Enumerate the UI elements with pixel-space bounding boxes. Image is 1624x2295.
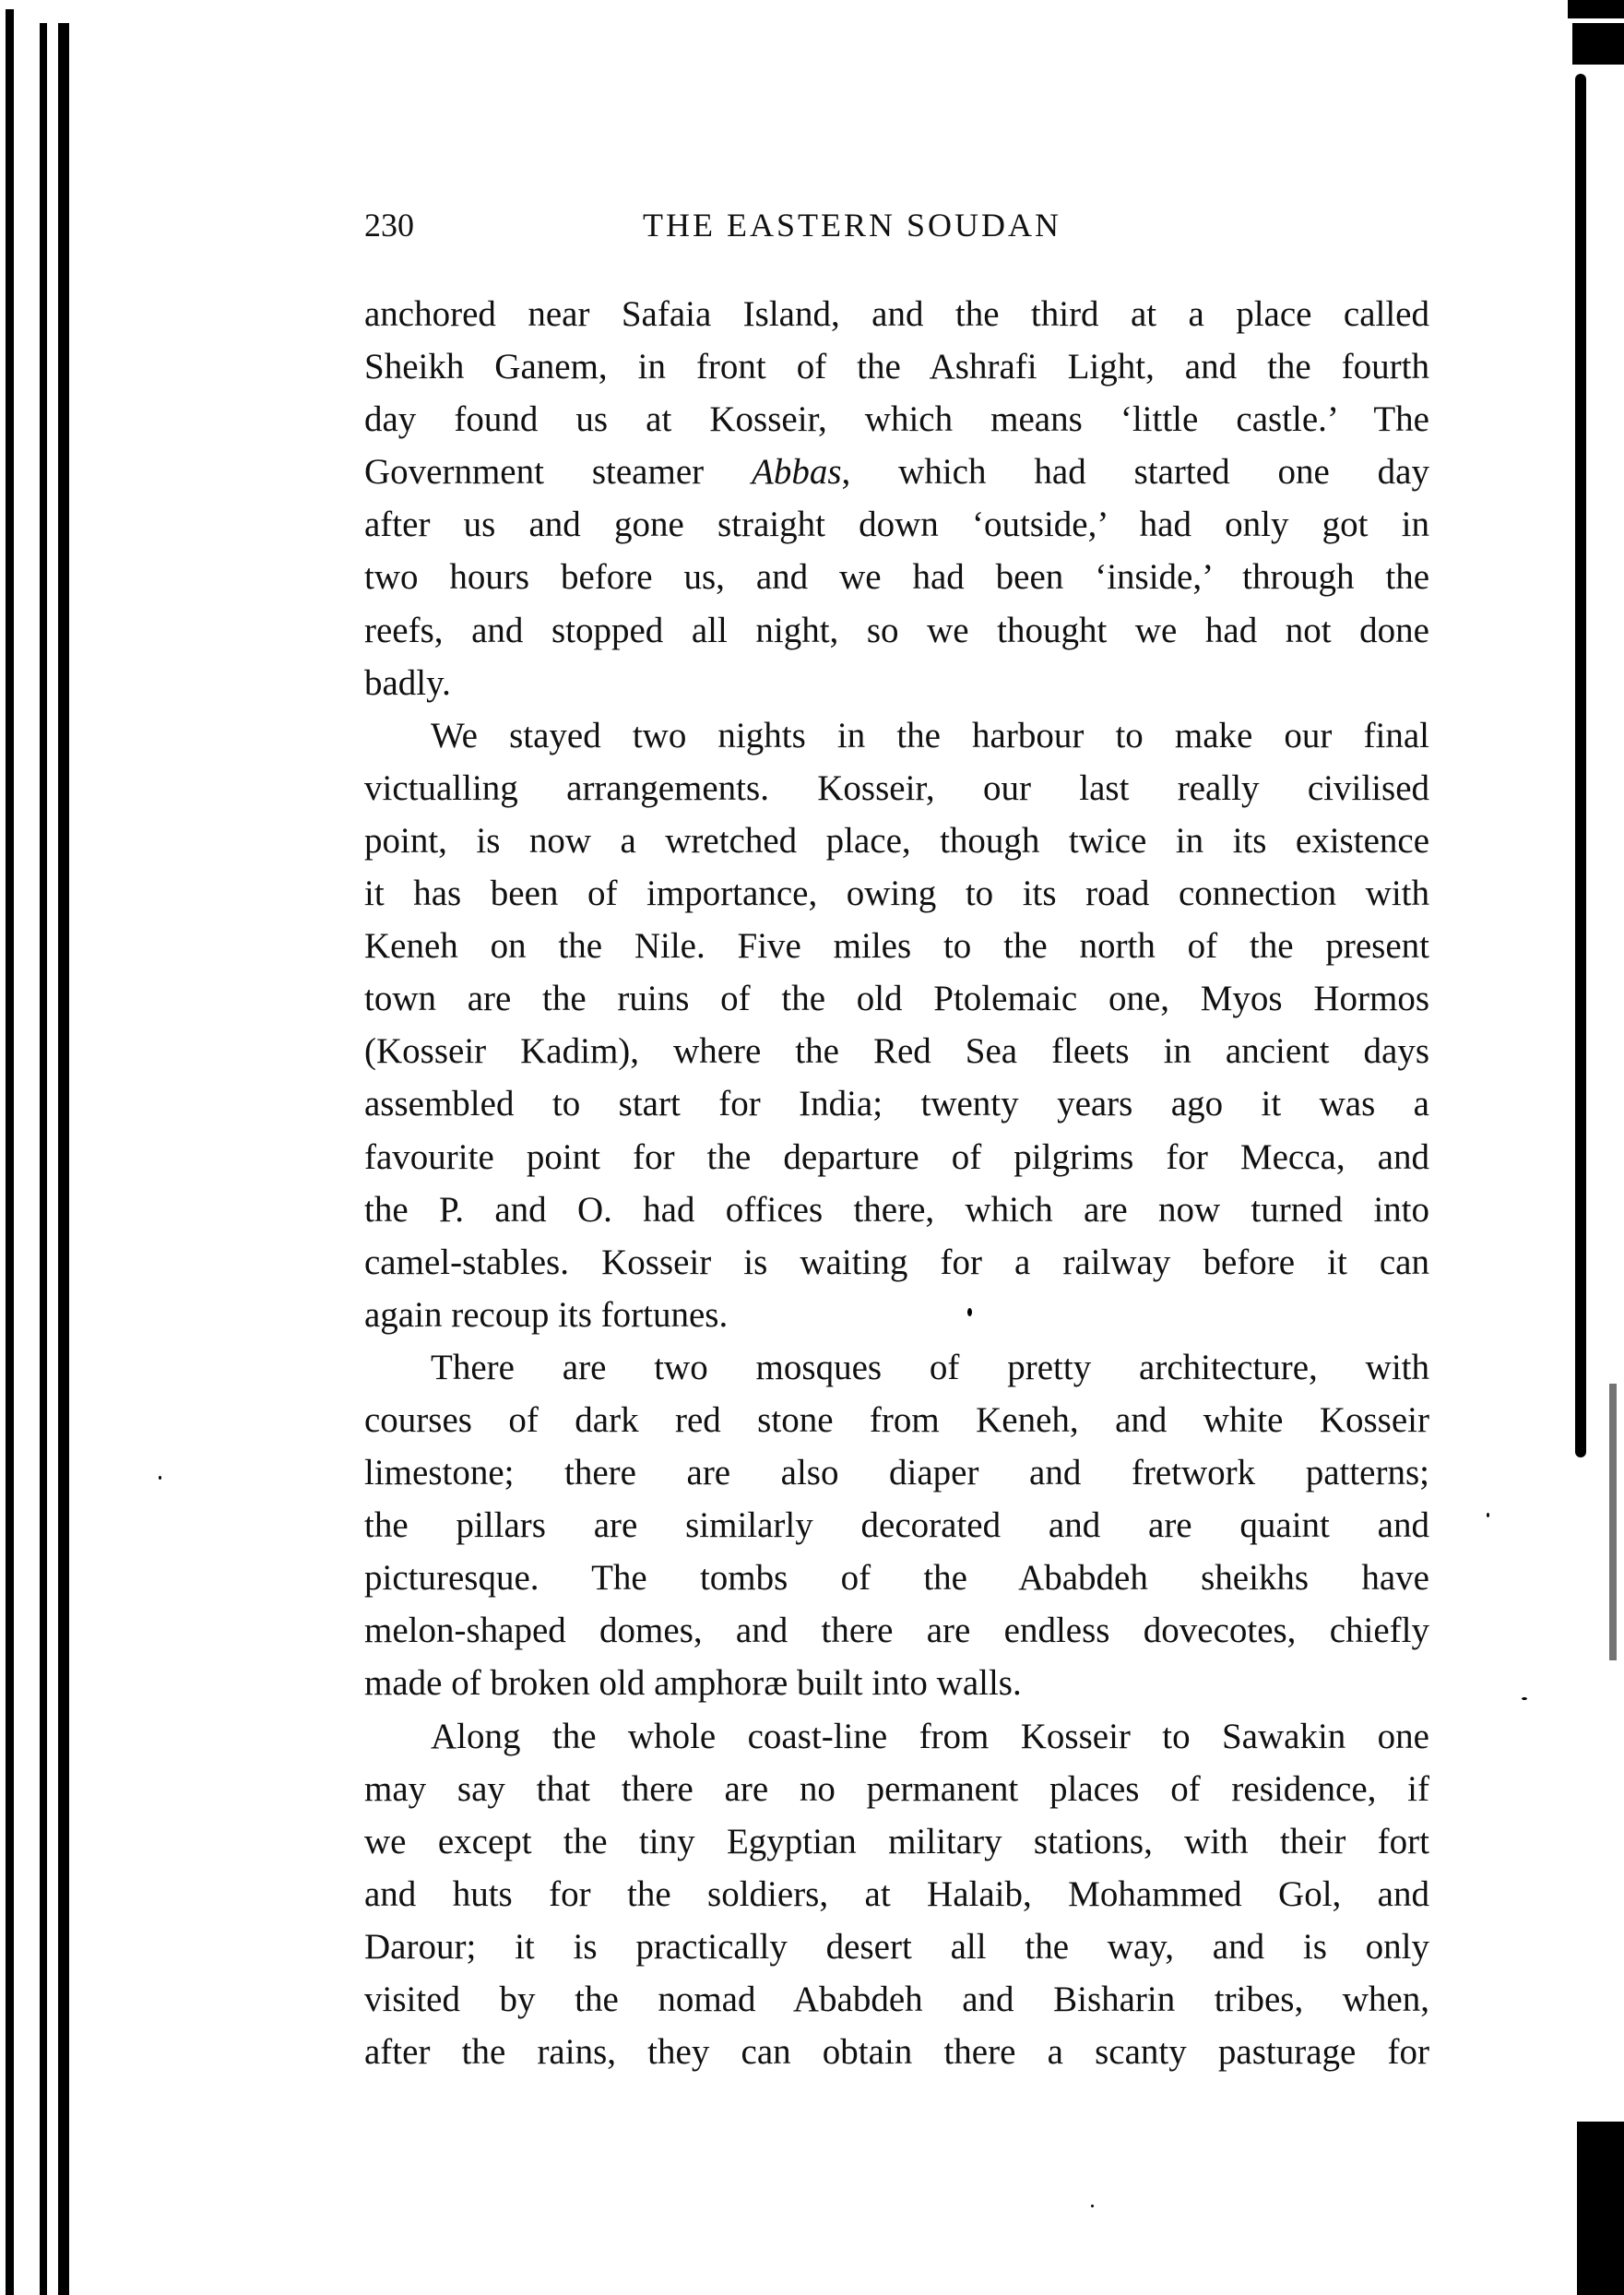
text-line: anchored near Safaia Island, and the thi…: [364, 288, 1429, 340]
text-line: and huts for the soldiers, at Halaib, Mo…: [364, 1868, 1429, 1920]
paragraph: anchored near Safaia Island, and the thi…: [364, 288, 1429, 709]
text-line: (Kosseir Kadim), where the Red Sea fleet…: [364, 1025, 1429, 1077]
text-line: Keneh on the Nile. Five miles to the nor…: [364, 920, 1429, 972]
right-edge-speckle: [1609, 1384, 1617, 1660]
text-line: We stayed two nights in the harbour to m…: [364, 709, 1429, 762]
text-line: melon-shaped domes, and there are endles…: [364, 1604, 1429, 1657]
scan-speck: [1522, 1697, 1527, 1700]
text-line: may say that there are no permanent plac…: [364, 1763, 1429, 1815]
paragraph: There are two mosques of pretty architec…: [364, 1341, 1429, 1710]
left-binding-edge-line-3: [58, 23, 69, 2295]
text-line: picturesque. The tombs of the Ababdeh sh…: [364, 1552, 1429, 1604]
text-line: after the rains, they can obtain there a…: [364, 2026, 1429, 2078]
scan-speck: [1091, 2205, 1094, 2207]
text-line: assembled to start for India; twenty yea…: [364, 1077, 1429, 1130]
text-line: again recoup its fortunes.: [364, 1289, 1429, 1341]
text-line: two hours before us, and we had been ‘in…: [364, 551, 1429, 603]
left-binding-edge-line-2: [40, 23, 47, 2295]
italic-term: Abbas: [752, 452, 842, 492]
text-line: it has been of importance, owing to its …: [364, 867, 1429, 920]
right-top-edge-block: [1572, 23, 1624, 65]
paragraph: We stayed two nights in the harbour to m…: [364, 709, 1429, 1341]
text-line: There are two mosques of pretty architec…: [364, 1341, 1429, 1394]
text-line: visited by the nomad Ababdeh and Bishari…: [364, 1973, 1429, 2026]
page-number: 230: [364, 205, 414, 245]
text-line: camel-stables. Kosseir is waiting for a …: [364, 1236, 1429, 1289]
left-binding-edge-line-1: [6, 9, 14, 2295]
text-line: the pillars are similarly decorated and …: [364, 1499, 1429, 1552]
text-line: Government steamer Abbas, which had star…: [364, 446, 1429, 498]
paragraph: Along the whole coast-line from Kosseir …: [364, 1710, 1429, 2079]
text-line: courses of dark red stone from Keneh, an…: [364, 1394, 1429, 1446]
text-line: limestone; there are also diaper and fre…: [364, 1446, 1429, 1499]
text-line: day found us at Kosseir, which means ‘li…: [364, 393, 1429, 446]
text-line: victualling arrangements. Kosseir, our l…: [364, 762, 1429, 815]
text-line: Along the whole coast-line from Kosseir …: [364, 1710, 1429, 1763]
body-text: anchored near Safaia Island, and the thi…: [364, 288, 1429, 2078]
text-line: Darour; it is practically desert all the…: [364, 1920, 1429, 1973]
text-line: the P. and O. had offices there, which a…: [364, 1183, 1429, 1236]
text-line: reefs, and stopped all night, so we thou…: [364, 604, 1429, 657]
text-line: made of broken old amphoræ built into wa…: [364, 1657, 1429, 1709]
scan-speck: [159, 1476, 161, 1480]
text-line: badly.: [364, 657, 1429, 709]
text-line: we except the tiny Egyptian military sta…: [364, 1815, 1429, 1868]
scan-speck: [967, 1308, 972, 1316]
scan-speck: [1487, 1513, 1489, 1517]
text-line: town are the ruins of the old Ptolemaic …: [364, 972, 1429, 1025]
right-top-corner-shadow: [1568, 0, 1624, 18]
running-title: THE EASTERN SOUDAN: [643, 205, 1061, 245]
text-line: point, is now a wretched place, though t…: [364, 815, 1429, 867]
page-header: 230 THE EASTERN SOUDAN: [364, 205, 1429, 245]
text-line: after us and gone straight down ‘outside…: [364, 498, 1429, 551]
right-bottom-edge-block: [1577, 2122, 1624, 2295]
right-edge-band: [1575, 74, 1586, 1457]
text-line: favourite point for the departure of pil…: [364, 1131, 1429, 1183]
text-line: Sheikh Ganem, in front of the Ashrafi Li…: [364, 340, 1429, 393]
